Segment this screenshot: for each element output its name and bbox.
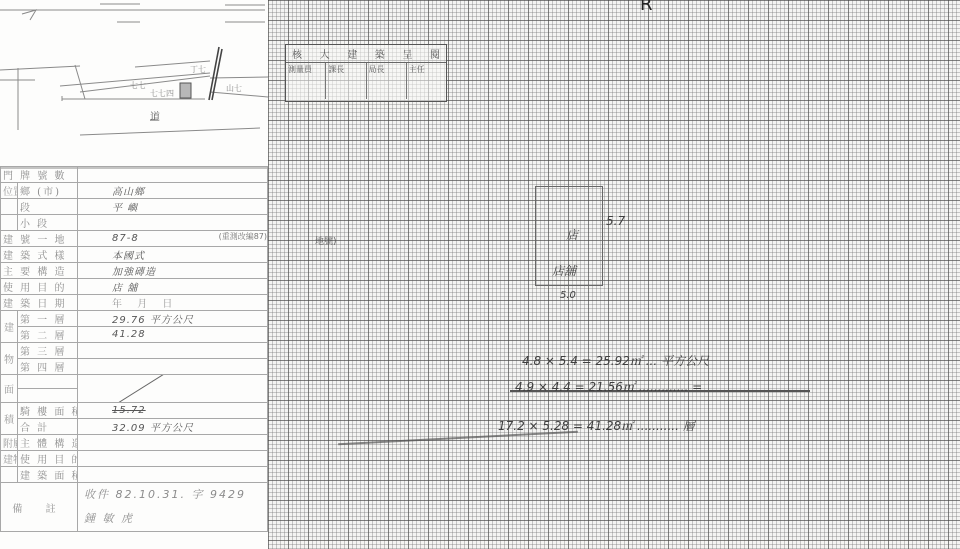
table-row: 物第 三 層	[1, 343, 268, 359]
remarks-label: 備 註	[1, 483, 78, 532]
row-label: 第 三 層	[18, 343, 78, 359]
row-value: 15.72	[78, 403, 268, 419]
stamp-column: 局長	[367, 63, 407, 99]
row-value: 29.76 平方公尺	[78, 311, 268, 327]
row-value	[78, 359, 268, 375]
row-label: 使 用 目 的	[1, 279, 78, 295]
table-row: 建 築 面 積	[1, 467, 268, 483]
table-row: 合 計32.09 平方公尺	[1, 419, 268, 435]
table-row: 建物使 用 目 的	[1, 451, 268, 467]
row-label: 建 築 面 積	[18, 467, 78, 483]
building-info-table: 門 牌 號 數 位置鄉 (市)高山鄉 段平 嶼 小 段 建 號 一 地87-8(…	[0, 166, 268, 532]
lot-label: 山七	[226, 83, 242, 94]
lot-label: 丁七	[190, 64, 206, 75]
table-row: 段平 嶼	[1, 199, 268, 215]
table-row: 門 牌 號 數	[1, 167, 268, 183]
row-value: 高山鄉	[78, 183, 268, 199]
calculation-line: 4.8 × 5.4 = 25.92㎡ ... 平方公尺	[522, 352, 709, 369]
row-value	[78, 343, 268, 359]
row-label: 合 計	[18, 419, 78, 435]
table-row: 建第 一 層29.76 平方公尺	[1, 311, 268, 327]
row-label: 使 用 目 的	[18, 451, 78, 467]
header-cell: 門 牌 號 數	[1, 167, 78, 183]
row-value: 41.28	[78, 327, 268, 343]
row-label: 主 體 構 造	[18, 435, 78, 451]
row-value: 店 舖	[78, 279, 268, 295]
stamp-column: 測量員	[286, 63, 326, 99]
table-row: 建 築 式 樣本國式	[1, 247, 268, 263]
strike-line	[78, 375, 258, 403]
table-row: 備 註 收件 82.10.31. 字 9429 鍾 敏 虎	[1, 483, 268, 532]
row-value: 加強磚造	[78, 263, 268, 279]
table-row: 積騎 樓 面 積15.72	[1, 403, 268, 419]
row-value: 年 月 日	[78, 295, 268, 311]
remarks-line: 鍾 敏 虎	[84, 507, 265, 531]
margin-note: 地號)	[315, 234, 337, 247]
table-row: 第 二 層41.28	[1, 327, 268, 343]
row-value	[78, 451, 268, 467]
row-value: 32.09 平方公尺	[78, 419, 268, 435]
table-row: 建 號 一 地87-8(重測改編87)	[1, 231, 268, 247]
plan-side-dimension: 5.7	[606, 214, 625, 228]
plan-bottom-dimension: 5.0	[560, 290, 576, 301]
approval-stamp: 核 大 建 築 呈 閱 測量員 課長 局長 主任	[285, 44, 447, 102]
remarks-value: 收件 82.10.31. 字 9429 鍾 敏 虎	[78, 483, 268, 532]
remarks-line: 收件 82.10.31. 字 9429	[84, 483, 265, 507]
stamp-column: 主任	[407, 63, 446, 99]
table-row: 位置鄉 (市)高山鄉	[1, 183, 268, 199]
row-label: 主 要 構 造	[1, 263, 78, 279]
row-value: 平 嶼	[78, 199, 268, 215]
document-page: 丁七 七七 七七四 山七 道 門 牌 號 數 位置鄉 (市)高山鄉 段平 嶼 小…	[0, 0, 960, 549]
row-value	[78, 215, 268, 231]
row-label: 小 段	[18, 215, 78, 231]
lot-label: 七七四	[150, 88, 174, 99]
table-row: 使 用 目 的店 舖	[1, 279, 268, 295]
plan-bottom-label: 店舖	[552, 262, 576, 279]
row-label: 段	[18, 199, 78, 215]
row-label: 建 築 式 樣	[1, 247, 78, 263]
row-label: 建 號 一 地	[1, 231, 78, 247]
renumber-note: (重測改編87)	[219, 231, 267, 242]
plan-inner-label: 店	[566, 226, 578, 243]
calculation-line: 17.2 × 5.28 = 41.28㎡ ........... 層	[498, 417, 695, 434]
stamp-column: 課長	[326, 63, 366, 99]
table-row: 面	[1, 375, 268, 389]
table-row: 附屬主 體 構 造	[1, 435, 268, 451]
top-mark: R	[640, 0, 653, 15]
form-panel: 丁七 七七 七七四 山七 道 門 牌 號 數 位置鄉 (市)高山鄉 段平 嶼 小…	[0, 0, 268, 549]
row-label: 第 二 層	[18, 327, 78, 343]
stamp-title: 核 大 建 築 呈 閱	[286, 45, 446, 63]
row-label: 鄉 (市)	[18, 183, 78, 199]
table-row: 小 段	[1, 215, 268, 231]
table-row: 建 築 日 期年 月 日	[1, 295, 268, 311]
row-value	[78, 435, 268, 451]
row-label: 第 一 層	[18, 311, 78, 327]
row-label: 第 四 層	[18, 359, 78, 375]
row-value: 本國式	[78, 247, 268, 263]
table-row: 第 四 層	[1, 359, 268, 375]
calculation-line: 4.9 × 4.4 = 21.56㎡ ............. =	[515, 378, 702, 395]
row-value: 87-8(重測改編87)	[78, 231, 268, 247]
location-sketch: 丁七 七七 七七四 山七 道	[0, 0, 268, 170]
road-label: 道	[150, 108, 160, 123]
lot-label: 七七	[130, 80, 146, 91]
row-label: 建 築 日 期	[1, 295, 78, 311]
row-label: 騎 樓 面 積	[18, 403, 78, 419]
table-row: 主 要 構 造加強磚造	[1, 263, 268, 279]
row-value	[78, 467, 268, 483]
